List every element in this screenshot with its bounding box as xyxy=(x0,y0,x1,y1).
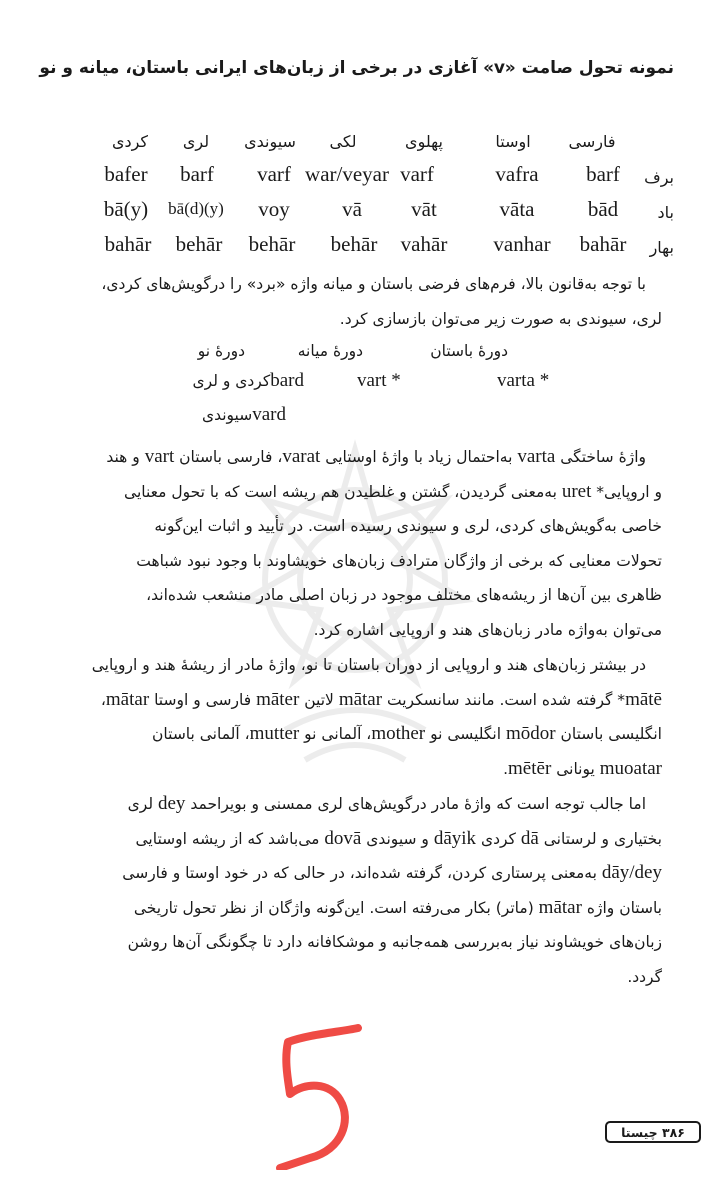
table-row: بهار bahār vanhar vahār behār behār behā… xyxy=(0,232,720,264)
table-cell: bafer xyxy=(104,162,147,187)
latin-term: mātar xyxy=(539,897,582,918)
text-line: بختیاری و لرستانی dā کردی dāyik و سیوندی… xyxy=(42,822,662,857)
header-kurdi: کردی xyxy=(112,132,148,151)
table-cell: varf xyxy=(257,162,291,187)
recon-new-sivandi: vardسیوندی xyxy=(202,404,286,426)
document-page: نمونه تحول صامت «v» آغازی در برخی از زبا… xyxy=(0,0,720,1181)
recon-header-ancient: دورهٔ باستان xyxy=(430,342,508,360)
table-cell: vahār xyxy=(401,232,448,257)
table-cell: varf xyxy=(400,162,434,187)
table-cell: behār xyxy=(249,232,296,257)
table-row: برف barf vafra varf war/veyar varf barf … xyxy=(0,162,720,194)
latin-term: vart xyxy=(145,446,175,467)
latin-term: uret xyxy=(562,481,592,502)
text-line: و اروپایی* uret به‌معنی گردیدن، گشتن و غ… xyxy=(42,475,662,510)
text-line: انگلیسی باستان mōdor انگلیسی نو mother، … xyxy=(42,717,662,752)
latin-term: dā xyxy=(521,828,539,849)
latin-term: mātē xyxy=(625,689,662,710)
latin-term: varta xyxy=(517,446,555,467)
text-line: muoatar یونانی mētēr. xyxy=(42,752,662,787)
table-cell: behār xyxy=(331,232,378,257)
table-cell: vafra xyxy=(495,162,538,187)
table-cell: barf xyxy=(180,162,214,187)
text-line: می‌توان به‌واژه مادر زبان‌های هند و اروپ… xyxy=(42,613,662,648)
table-cell: bahār xyxy=(105,232,152,257)
table-cell: vanhar xyxy=(493,232,550,257)
latin-term: dovā xyxy=(324,828,361,849)
page-number-label: ۳۸۶ چیستا xyxy=(621,1125,685,1140)
table-cell: bā(y) xyxy=(104,197,148,222)
table-row: باد bād vāta vāt vā voy bā(d)(y) bā(y) xyxy=(0,197,720,229)
handwritten-five-mark xyxy=(270,1020,390,1170)
intro-paragraph: با توجه به‌قانون بالا، فرم‌های فرضی باست… xyxy=(42,267,662,336)
text-line: mātē* گرفته شده است. مانند سانسکریت māta… xyxy=(42,683,662,718)
recon-ancient-form: * varta xyxy=(497,370,549,391)
table-cell: bā(d)(y) xyxy=(168,199,224,219)
intro-line-1: با توجه به‌قانون بالا، فرم‌های فرضی باست… xyxy=(101,275,646,293)
table-cell: bahār xyxy=(580,232,627,257)
recon-new-kurdi-lori: bardکردی و لری xyxy=(193,370,304,392)
row-label: برف xyxy=(644,168,674,187)
text-line: باستان واژه mātar (ماتر) بکار می‌رفته اس… xyxy=(42,891,662,926)
table-cell: vāta xyxy=(500,197,535,222)
header-sivandi: سیوندی xyxy=(244,132,296,151)
text-line: اما جالب توجه است که واژهٔ مادر درگویش‌ه… xyxy=(42,787,662,822)
latin-term: mātar xyxy=(339,689,382,710)
text-line: در بیشتر زبان‌های هند و اروپایی از دوران… xyxy=(42,648,662,683)
latin-term: dey xyxy=(158,793,185,814)
page-title: نمونه تحول صامت «v» آغازی در برخی از زبا… xyxy=(34,58,674,78)
table-cell: bād xyxy=(588,197,618,222)
text-line: dāy/dey به‌معنی پرستاری کردن، گرفته شده‌… xyxy=(42,856,662,891)
text-line: زبان‌های خویشاوند نیاز به‌بررسی همه‌جانب… xyxy=(42,925,662,960)
body-paragraph-3: اما جالب توجه است که واژهٔ مادر درگویش‌ه… xyxy=(42,787,662,994)
latin-term: muoatar xyxy=(600,758,662,779)
table-cell: voy xyxy=(258,197,290,222)
text-line: واژهٔ ساختگی varta به‌احتمال زیاد با واژ… xyxy=(42,440,662,475)
latin-term: varat xyxy=(282,446,320,467)
latin-term: dāyik xyxy=(434,828,476,849)
row-label: باد xyxy=(658,203,674,222)
body-paragraph-2: در بیشتر زبان‌های هند و اروپایی از دوران… xyxy=(42,648,662,786)
header-avesta: اوستا xyxy=(495,132,530,151)
recon-header-middle: دورهٔ میانه xyxy=(298,342,363,360)
body-paragraph-1: واژهٔ ساختگی varta به‌احتمال زیاد با واژ… xyxy=(42,440,662,647)
text-line: ظاهری بین آن‌ها از ریشه‌های مختلف موجود … xyxy=(42,578,662,613)
latin-term: mōdor xyxy=(506,723,556,744)
table-cell: behār xyxy=(176,232,223,257)
intro-line-2: لری، سیوندی به صورت زیر می‌توان بازسازی … xyxy=(340,310,662,328)
table-header-row: فارسی اوستا پهلوی لکی سیوندی لری کردی xyxy=(0,130,720,162)
table-cell: war/veyar xyxy=(305,162,389,187)
text-line: خاصی به‌گویش‌های کردی، لری و سیوندی رسید… xyxy=(42,509,662,544)
latin-term: mother xyxy=(371,723,425,744)
latin-term: mutter xyxy=(250,723,300,744)
header-pahlavi: پهلوی xyxy=(405,132,443,151)
latin-term: mētēr xyxy=(508,758,551,779)
header-laki: لکی xyxy=(329,132,356,151)
row-label: بهار xyxy=(650,238,674,257)
latin-term: dāy/dey xyxy=(602,862,662,883)
latin-term: mātar xyxy=(106,689,149,710)
recon-header-new: دورهٔ نو xyxy=(198,342,245,360)
page-number-badge: ۳۸۶ چیستا xyxy=(605,1121,701,1143)
text-line: گردد. xyxy=(42,960,662,995)
latin-term: māter xyxy=(256,689,299,710)
recon-middle-form: * vart xyxy=(357,370,401,391)
table-cell: barf xyxy=(586,162,620,187)
header-lori: لری xyxy=(183,132,209,151)
table-cell: vā xyxy=(342,197,362,222)
table-cell: vāt xyxy=(411,197,437,222)
text-line: تحولات معنایی که برخی از واژگان مترادف ز… xyxy=(42,544,662,579)
header-farsi: فارسی xyxy=(569,132,616,151)
